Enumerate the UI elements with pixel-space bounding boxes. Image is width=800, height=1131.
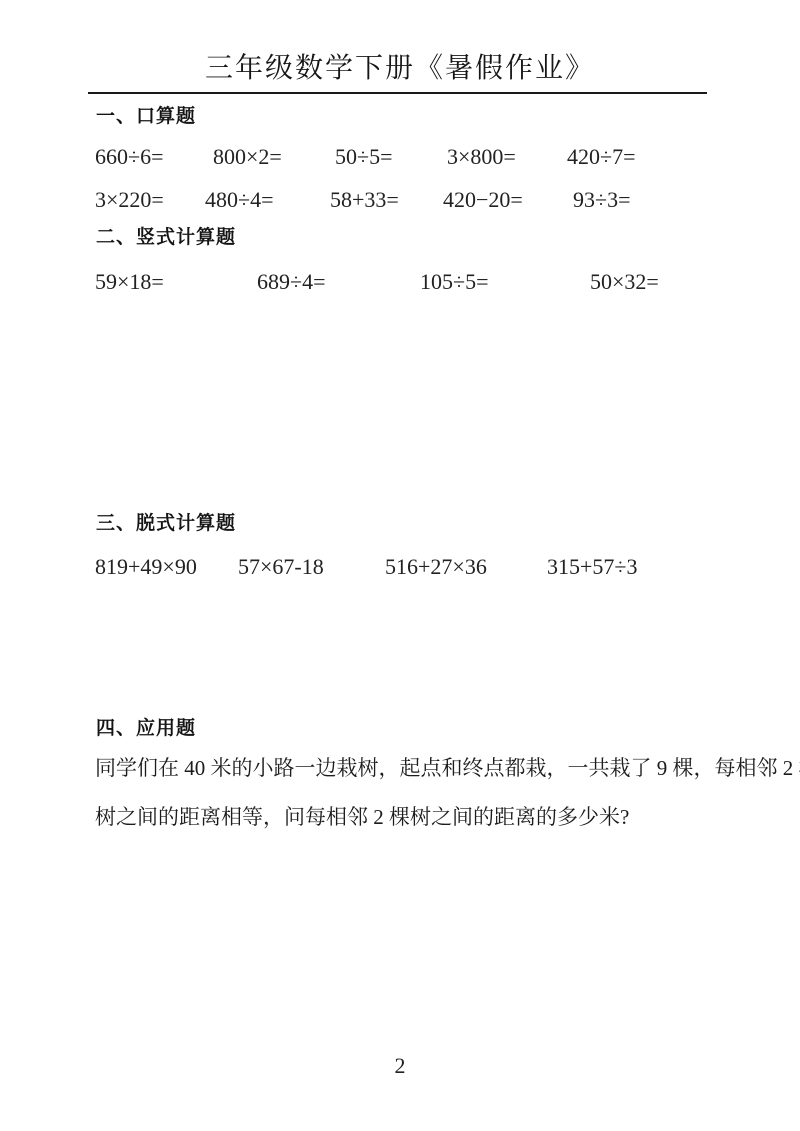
oral-problem: 480÷4= — [205, 186, 273, 214]
page-number: 2 — [0, 1053, 800, 1079]
oral-problem: 800×2= — [213, 143, 282, 171]
title-divider — [88, 92, 707, 94]
oral-problem: 3×220= — [95, 186, 164, 214]
oral-problem: 3×800= — [447, 143, 516, 171]
oral-problem: 50÷5= — [335, 143, 392, 171]
oral-problem: 58+33= — [330, 186, 399, 214]
section-heading-vertical-calculation: 二、竖式计算题 — [96, 226, 236, 250]
word-problem-text-line: 树之间的距离相等，问每相邻 2 棵树之间的距离的多少米? — [95, 803, 735, 831]
oral-problem: 420−20= — [443, 186, 523, 214]
stepwise-problem: 516+27×36 — [385, 553, 487, 581]
vertical-problem: 50×32= — [590, 268, 659, 296]
worksheet-page: 三年级数学下册《暑假作业》 一、口算题 660÷6= 800×2= 50÷5= … — [0, 0, 800, 1131]
stepwise-problem: 315+57÷3 — [547, 553, 637, 581]
page-title: 三年级数学下册《暑假作业》 — [0, 50, 800, 88]
vertical-problem: 59×18= — [95, 268, 164, 296]
vertical-problem: 105÷5= — [420, 268, 488, 296]
oral-problem: 420÷7= — [567, 143, 635, 171]
vertical-problem: 689÷4= — [257, 268, 325, 296]
section-heading-word-problem: 四、应用题 — [96, 717, 196, 741]
stepwise-problem: 57×67-18 — [238, 553, 324, 581]
stepwise-problem: 819+49×90 — [95, 553, 197, 581]
oral-problem: 660÷6= — [95, 143, 163, 171]
section-heading-oral-calculation: 一、口算题 — [96, 105, 196, 129]
oral-problem: 93÷3= — [573, 186, 630, 214]
word-problem-text-line: 同学们在 40 米的小路一边栽树，起点和终点都栽，一共栽了 9 棵，每相邻 2 … — [95, 754, 735, 782]
section-heading-stepwise-calculation: 三、脱式计算题 — [96, 512, 236, 536]
